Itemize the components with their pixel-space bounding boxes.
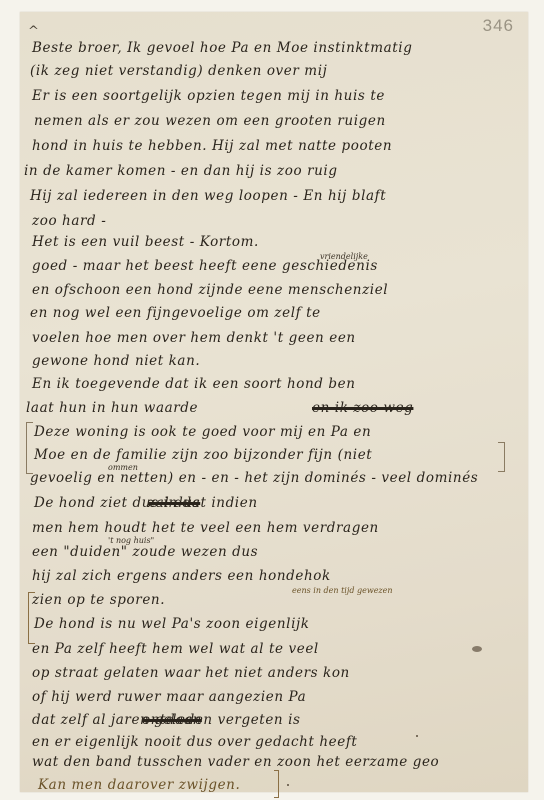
text-line: zoo hard - xyxy=(32,213,106,229)
text-line: Moe en de familie zijn zoo bijzonder fij… xyxy=(34,447,372,463)
text-line: in de kamer komen - en dan hij is zoo ru… xyxy=(24,163,338,179)
text-line: hij zal zich ergens anders een hondehok xyxy=(32,568,331,584)
text-line: een "duiden" zoude wezen dus xyxy=(32,544,258,560)
folio-number: 346 xyxy=(483,16,514,36)
text-line: Kan men daarover zwijgen. xyxy=(38,777,240,793)
struck-out-text: zal dus xyxy=(148,495,200,511)
text-line: (ik zeg niet verstandig) denken over mij xyxy=(30,63,327,79)
text-line: en Pa zelf heeft hem wel wat al te veel xyxy=(32,641,319,657)
struck-out-text: en ik zoo weg xyxy=(312,400,413,416)
text-line: gewone hond niet kan. xyxy=(32,353,200,369)
text-line: op straat gelaten waar het niet anders k… xyxy=(32,665,350,681)
letter-page: 346 ^ Beste broer, Ik gevoel hoe Pa en M… xyxy=(20,12,528,792)
text-line: zien op te sporen. xyxy=(32,592,165,608)
text-line: laat hun in hun waarde xyxy=(26,400,198,416)
text-line: De hond ziet dus in dat indien xyxy=(34,495,258,511)
text-line: De hond is nu wel Pa's zoon eigenlijk xyxy=(34,616,310,632)
text-line: voelen hoe men over hem denkt 't geen ee… xyxy=(32,330,356,346)
text-line: gevoelig en netten) en - en - het zijn d… xyxy=(30,470,478,486)
paper-speck xyxy=(287,784,289,786)
text-line: Beste broer, Ik gevoel hoe Pa en Moe ins… xyxy=(32,40,412,56)
bracket-right-block-1 xyxy=(498,442,505,472)
text-line: of hij werd ruwer maar aangezien Pa xyxy=(32,689,306,705)
interlinear-insertion: vriendelijke xyxy=(320,252,368,261)
interlinear-insertion: ommen xyxy=(108,463,138,472)
interlinear-insertion: 't nog huis" xyxy=(108,536,154,545)
text-line: Het is een vuil beest - Kortom. xyxy=(32,234,259,250)
text-line: en er eigenlijk nooit dus over gedacht h… xyxy=(32,734,357,750)
bracket-left-block-1 xyxy=(26,422,33,474)
struck-out-text: ontdaan xyxy=(142,712,202,728)
text-line: men hem houdt het te veel een hem verdra… xyxy=(32,520,379,536)
interlinear-insertion: eens in den tijd gewezen xyxy=(292,586,393,595)
corner-mark: ^ xyxy=(28,24,39,39)
bracket-right-block-2 xyxy=(274,770,279,798)
ink-blot xyxy=(472,646,482,652)
paper-speck xyxy=(416,735,418,737)
text-line: hond in huis te hebben. Hij zal met natt… xyxy=(32,138,392,154)
text-line: wat den band tusschen vader en zoon het … xyxy=(32,754,439,770)
text-line: Hij zal iedereen in den weg loopen - En … xyxy=(30,188,386,204)
text-line: en nog wel een fijngevoelige om zelf te xyxy=(30,305,321,321)
text-line: en ofschoon een hond zijnde eene mensche… xyxy=(32,282,388,298)
bracket-left-block-2 xyxy=(28,592,35,644)
text-line: nemen als er zou wezen om een grooten ru… xyxy=(34,113,386,129)
text-line: Er is een soortgelijk opzien tegen mij i… xyxy=(32,88,385,104)
text-line: Deze woning is ook te goed voor mij en P… xyxy=(34,424,371,440)
text-line: En ik toegevende dat ik een soort hond b… xyxy=(32,376,356,392)
